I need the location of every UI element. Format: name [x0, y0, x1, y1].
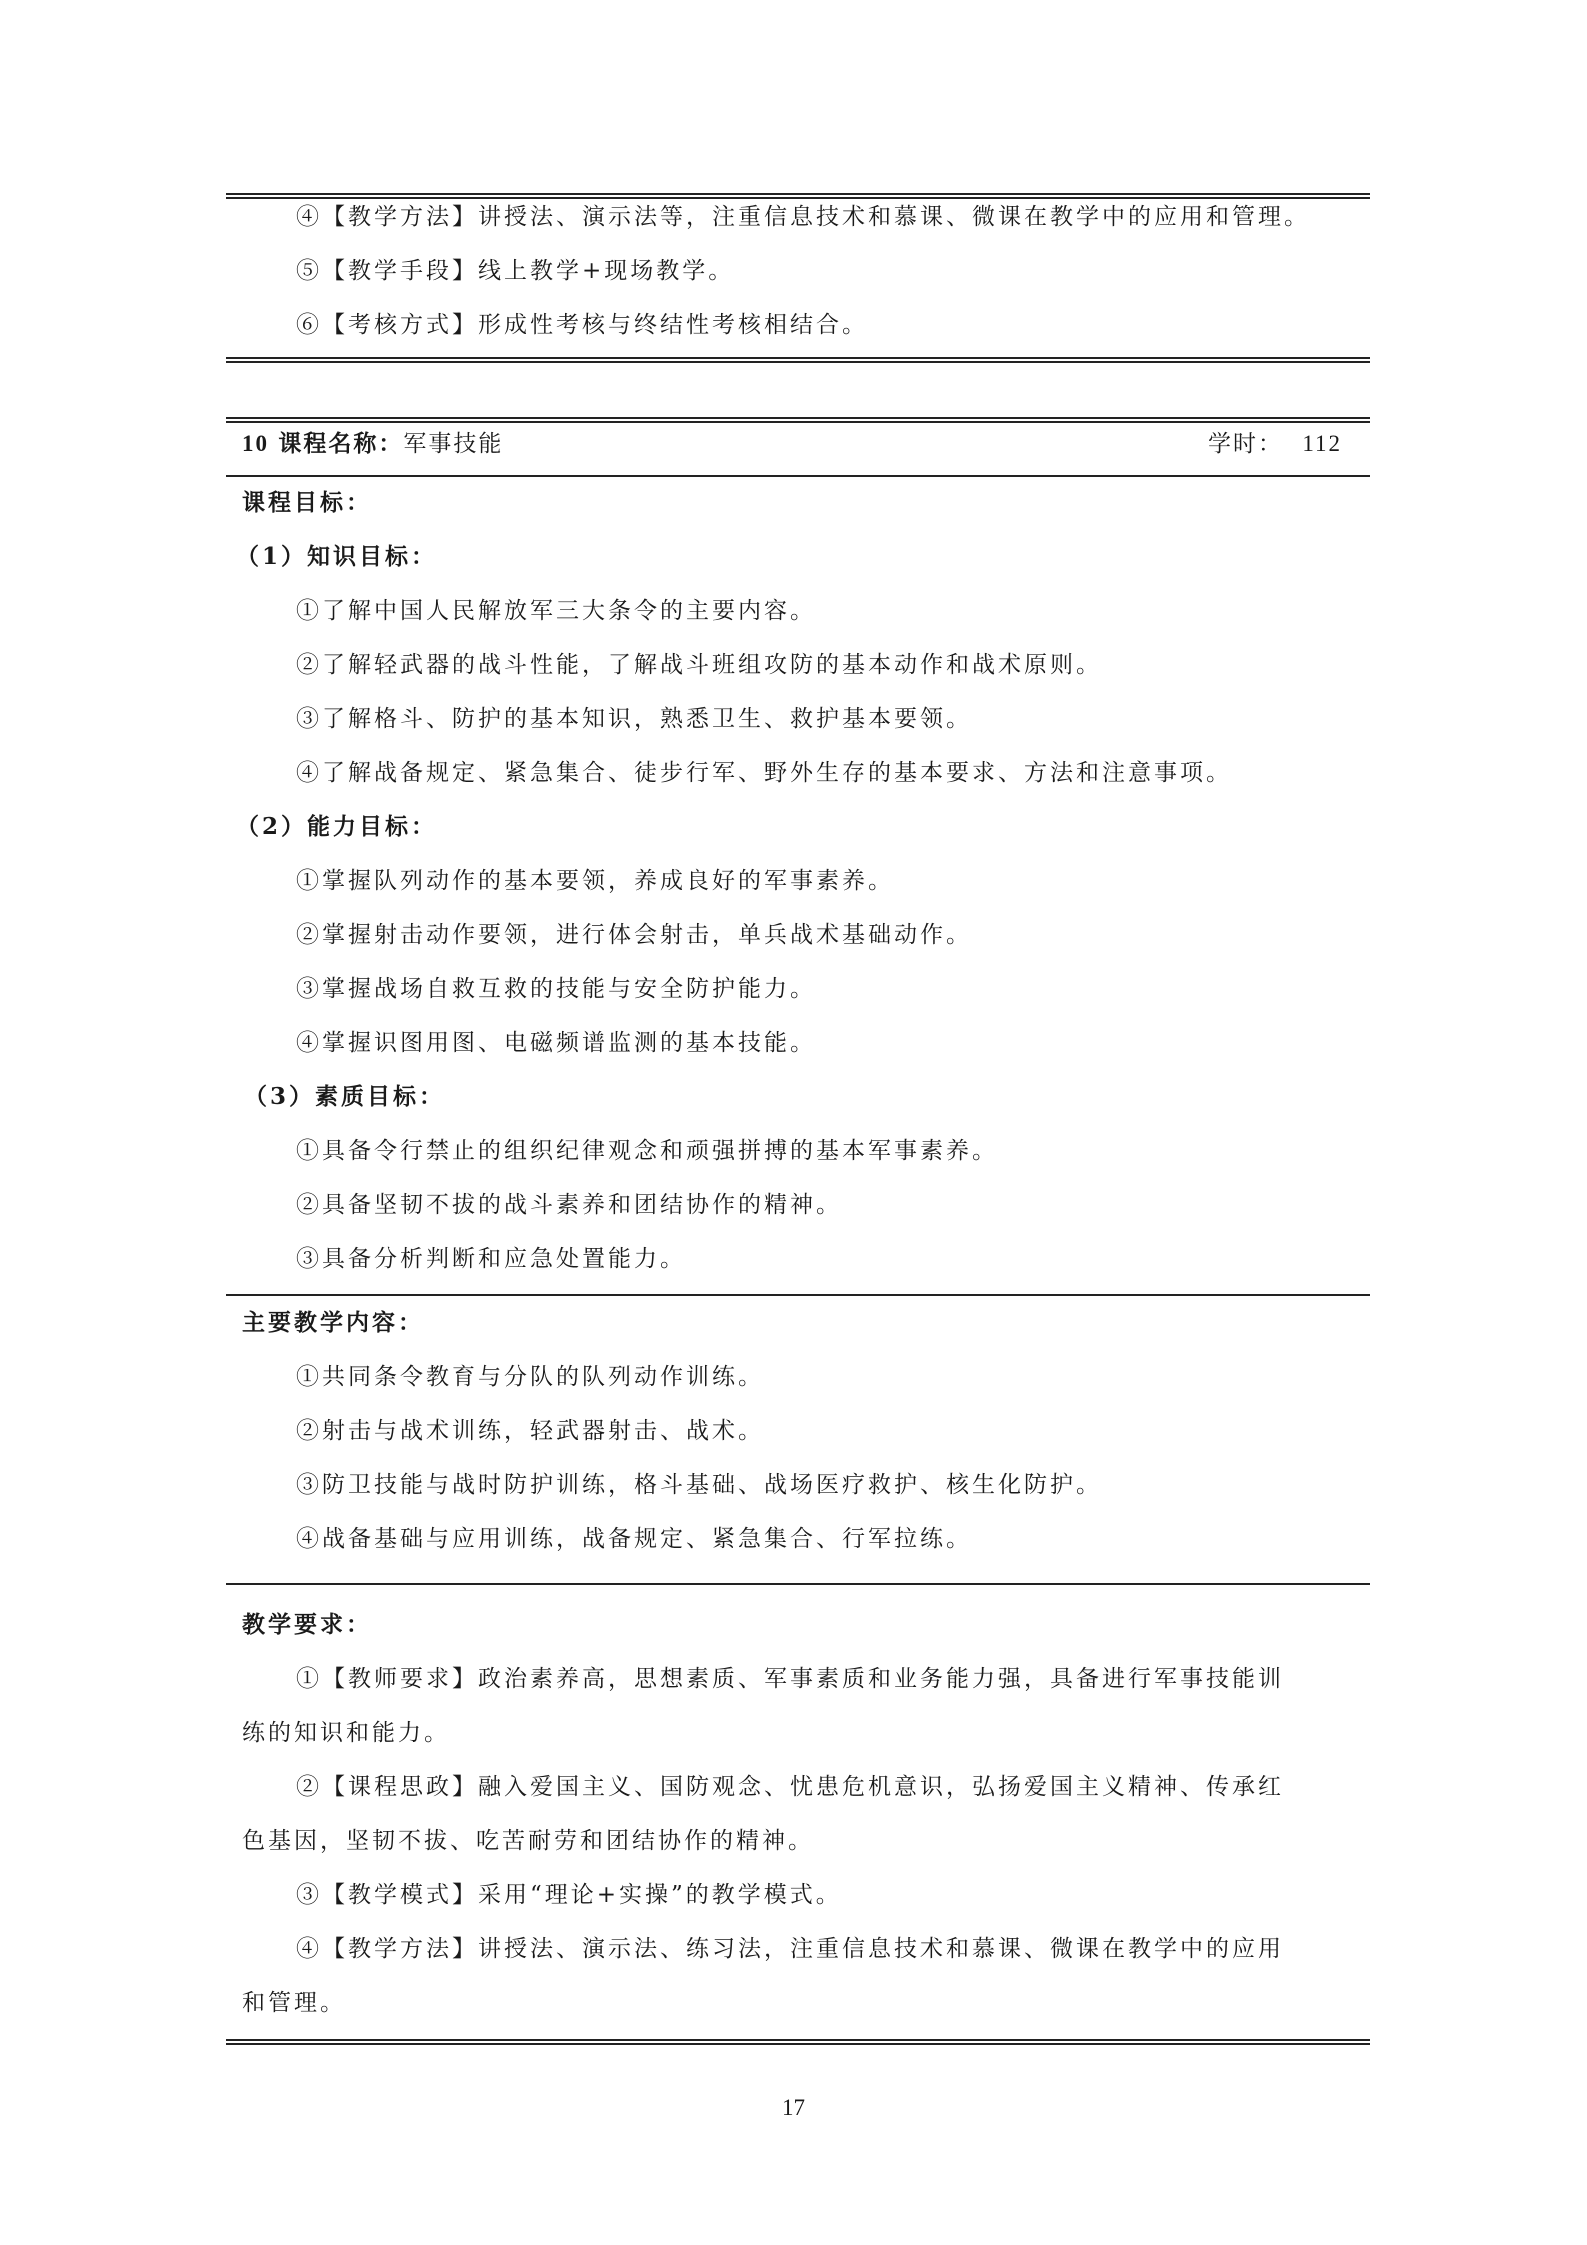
table-bottom-border: [226, 357, 1370, 363]
requirement-teacher-cont: 练的知识和能力。: [242, 1714, 450, 1747]
requirement-ideology: ②【课程思政】融入爱国主义、国防观念、忧患危机意识，弘扬爱国主义精神、传承红: [296, 1768, 1284, 1801]
course-title: 10 课程名称：军事技能: [242, 425, 503, 458]
course-name-label: 课程名称：: [278, 430, 403, 457]
requirement-method: ④【教学方法】讲授法、演示法、练习法，注重信息技术和慕课、微课在教学中的应用: [296, 1930, 1284, 1963]
page-number: 17: [0, 2095, 1587, 2121]
requirement-teacher: ①【教师要求】政治素养高，思想素质、军事素质和业务能力强，具备进行军事技能训: [296, 1660, 1284, 1693]
content-item: ①共同条令教育与分队的队列动作训练。: [296, 1358, 764, 1391]
prev-item-means: ⑤【教学手段】线上教学+现场教学。: [296, 252, 734, 285]
quality-item: ①具备令行禁止的组织纪律观念和顽强拼搏的基本军事素养。: [296, 1132, 998, 1165]
course-bottom-border: [226, 2039, 1370, 2045]
requirement-mode: ③【教学模式】采用“理论+实操”的教学模式。: [296, 1876, 842, 1909]
prev-item-method: ④【教学方法】讲授法、演示法等，注重信息技术和慕课、微课在教学中的应用和管理。: [296, 198, 1310, 231]
objectives-title: 课程目标：: [242, 484, 372, 517]
ability-title: （2）能力目标：: [236, 808, 437, 841]
prev-item-assessment: ⑥【考核方式】形成性考核与终结性考核相结合。: [296, 306, 868, 339]
content-divider: [226, 1583, 1370, 1585]
content-title: 主要教学内容：: [242, 1304, 424, 1337]
course-hours: 学时： 112: [1208, 425, 1342, 458]
knowledge-item: ①了解中国人民解放军三大条令的主要内容。: [296, 592, 816, 625]
course-top-border: [226, 417, 1370, 423]
requirements-title: 教学要求：: [242, 1606, 372, 1639]
requirement-ideology-cont: 色基因，坚韧不拔、吃苦耐劳和团结协作的精神。: [242, 1822, 814, 1855]
content-item: ③防卫技能与战时防护训练，格斗基础、战场医疗救护、核生化防护。: [296, 1466, 1102, 1499]
hours-value: 112: [1302, 431, 1342, 456]
knowledge-title: （1）知识目标：: [236, 538, 437, 571]
content-item: ②射击与战术训练，轻武器射击、战术。: [296, 1412, 764, 1445]
ability-item: ②掌握射击动作要领，进行体会射击，单兵战术基础动作。: [296, 916, 972, 949]
knowledge-item: ②了解轻武器的战斗性能，了解战斗班组攻防的基本动作和战术原则。: [296, 646, 1102, 679]
quality-item: ③具备分析判断和应急处置能力。: [296, 1240, 686, 1273]
content-item: ④战备基础与应用训练，战备规定、紧急集合、行军拉练。: [296, 1520, 972, 1553]
requirement-method-cont: 和管理。: [242, 1984, 346, 2017]
course-name: 军事技能: [403, 431, 503, 457]
objectives-divider: [226, 1294, 1370, 1296]
ability-item: ③掌握战场自救互救的技能与安全防护能力。: [296, 970, 816, 1003]
hours-label: 学时：: [1208, 431, 1283, 457]
ability-item: ④掌握识图用图、电磁频谱监测的基本技能。: [296, 1024, 816, 1057]
ability-item: ①掌握队列动作的基本要领，养成良好的军事素养。: [296, 862, 894, 895]
quality-item: ②具备坚韧不拔的战斗素养和团结协作的精神。: [296, 1186, 842, 1219]
header-divider: [226, 475, 1370, 477]
quality-title: （3）素质目标：: [244, 1078, 445, 1111]
course-number: 10: [242, 431, 269, 456]
knowledge-item: ③了解格斗、防护的基本知识，熟悉卫生、救护基本要领。: [296, 700, 972, 733]
knowledge-item: ④了解战备规定、紧急集合、徒步行军、野外生存的基本要求、方法和注意事项。: [296, 754, 1232, 787]
